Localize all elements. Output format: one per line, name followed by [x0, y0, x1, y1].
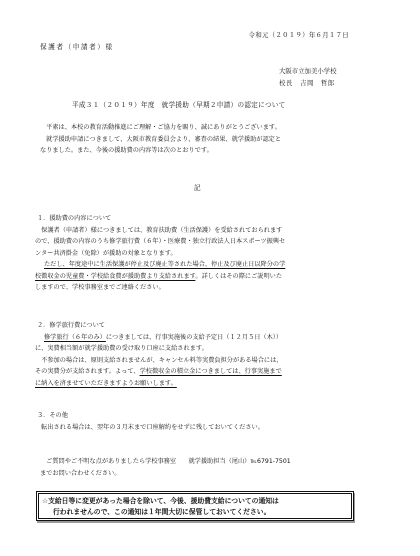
section-line: ただし、年度途中に生活保護が停止及び廃止等された場合、停止及び廃止日以降分の学 [35, 259, 355, 271]
section-line: に、実費相当額が就学援助費の受け取り口座に支給されます。 [35, 343, 355, 355]
section-line: 修学旅行（６年のみ）につきましては、行事実施後の支給予定日（１２月５日（木）） [35, 332, 355, 344]
plain-text: その実費分が支給されます。よって、 [35, 368, 140, 375]
greeting-line: なりました。また、今後の援助費の内容等は次のとおりです。 [40, 145, 360, 157]
document-date: 令和元（２０１９）年６月１７日 [249, 32, 349, 38]
addressee: 保護者（申請者）様 [40, 44, 114, 51]
underlined-text: 学校徴収金の積立金につきましては、行事実施まで [140, 368, 282, 375]
section-line: しますので、学校事務室までご連絡ください。 [35, 282, 355, 294]
section-line: 保護者（申請者）様につきましては、教育扶助費（生活保護）を受給されておられます [35, 225, 355, 237]
notice-line: 行われませんので、この通知は１年間大切に保管しておいてください。 [42, 507, 348, 518]
section-line: 不参加の場合は、原則支給されませんが、キャンセル料等実費負担分がある場合には、 [35, 355, 355, 367]
document-title: 平成３１（２０１９）年度 就学援助（早期２申請）の認定について [72, 102, 286, 109]
underlined-text: 校徴収金の児童費・学校給食費が援助費より支給されます [35, 273, 195, 280]
section-line: 転出される場合は、翌年の３月末まで口座解約をせずに残しておいてください。 [35, 422, 355, 434]
school-name: 大阪市立加美小学校 [279, 68, 337, 74]
section-heading: １．援助費の内容について [35, 213, 355, 225]
section-line: ので、援助費の内容のうち修学旅行費（６年）・医療費・独立行政法人日本スポーツ振興… [35, 236, 355, 248]
section-line: に納入を済ませていただきますようお願いします。 [35, 378, 355, 390]
underlined-text: ただし、年度途中に生活保護が停止及び廃止等された場合、停止及び廃止日以降分の学 [44, 261, 285, 268]
section-heading: ３．その他 [35, 410, 355, 422]
contact-info: ご質問やご不明な点がありましたら学校事務室 就学援助担当（尾山）℡6791-75… [40, 456, 360, 479]
contact-line: までお問い合わせください。 [40, 468, 360, 480]
contact-line: ご質問やご不明な点がありましたら学校事務室 就学援助担当（尾山）℡6791-75… [40, 456, 360, 468]
greeting-line: 就学援助申請につきまして、大阪市教育委員会より、審査の結果、就学援助が認定と [40, 134, 360, 146]
ki-heading: 記 [194, 185, 201, 192]
section-line: 校徴収金の児童費・学校給食費が援助費より支給されます。詳しくはその際にご説明いた [35, 271, 355, 283]
section-heading: ２．修学旅行費について [35, 320, 355, 332]
greeting-paragraph: 平素は、本校の教育活動推進にご理解・ご協力を賜り、誠にありがとうございます。 就… [40, 122, 360, 157]
greeting-line: 平素は、本校の教育活動推進にご理解・ご協力を賜り、誠にありがとうございます。 [40, 122, 360, 134]
underlined-text: に納入を済ませていただきますようお願いします。 [35, 380, 177, 387]
section-line: ンター共済掛金（免除）が援助の対象となります。 [35, 248, 355, 260]
notice-line: ☆支給日等に変更があった場合を除いて、今後、援助費支給についての通知は [42, 496, 348, 507]
notice-box: ☆支給日等に変更があった場合を除いて、今後、援助費支給についての通知は 行われま… [36, 491, 354, 521]
plain-text: につきましては、行事実施後の支給予定日（１２月５日（木）） [106, 334, 282, 341]
principal-name: 校長 吉岡 哲郎 [279, 80, 335, 86]
section-other: ３．その他 転出される場合は、翌年の３月末まで口座解約をせずに残しておいてくださ… [35, 410, 355, 433]
section-allowance-contents: １．援助費の内容について 保護者（申請者）様につきましては、教育扶助費（生活保護… [35, 213, 355, 294]
underlined-text: 修学旅行（６年のみ） [44, 334, 106, 341]
plain-text: 。詳しくはその際にご説明いた [195, 273, 282, 280]
section-school-trip: ２．修学旅行費について 修学旅行（６年のみ）につきましては、行事実施後の支給予定… [35, 320, 355, 389]
section-line: その実費分が支給されます。よって、学校徴収金の積立金につきましては、行事実施まで [35, 366, 355, 378]
